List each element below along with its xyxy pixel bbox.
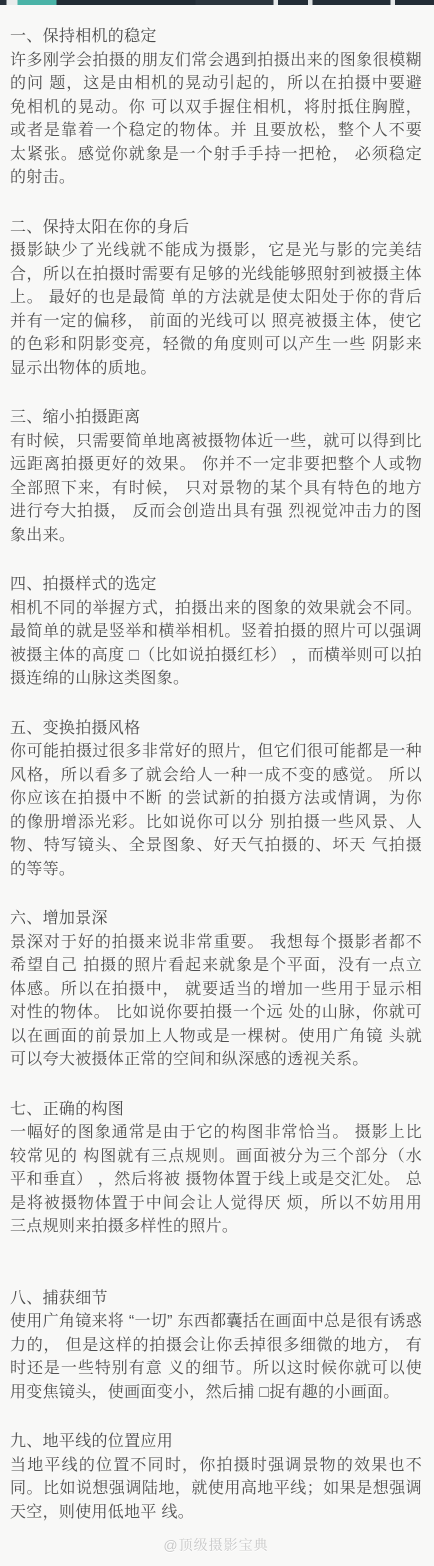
tip-section-body: 一幅好的图象通常是由于它的构图非常恰当。 摄影上比较常见的 构图就有三点规则。画… xyxy=(10,1121,422,1239)
tip-section-title: 九、地平线的位置应用 xyxy=(10,1430,422,1454)
article-content: 一、保持相机的稳定 许多刚学会拍摄的朋友们常会遇到拍摄出来的图象很模糊的问 题，… xyxy=(0,5,434,1566)
tip-section-title: 二、保持太阳在你的身后 xyxy=(10,216,422,240)
tip-section-6: 六、增加景深 景深对于好的拍摄来说非常重要。 我想每个摄影者都不希望自己 拍摄的… xyxy=(10,907,422,1072)
tip-section-title: 七、正确的构图 xyxy=(10,1098,422,1122)
tip-section-1: 一、保持相机的稳定 许多刚学会拍摄的朋友们常会遇到拍摄出来的图象很模糊的问 题，… xyxy=(10,25,422,190)
tip-section-3: 三、缩小拍摄距离 有时候，只需要简单地离被摄物体近一些，就可以得到比远距离拍摄更… xyxy=(10,406,422,547)
tip-section-4: 四、拍摄样式的选定 相机不同的举握方式，拍摄出来的图象的效果就会不同。最简单的就… xyxy=(10,573,422,691)
tip-section-5: 五、变换拍摄风格 你可能拍摄过很多非常好的照片，但它们很可能都是一种风格，所以看… xyxy=(10,717,422,882)
tip-section-2: 二、保持太阳在你的身后 摄影缺少了光线就不能成为摄影，它是光与影的完美结合，所以… xyxy=(10,216,422,381)
tip-section-title: 八、捕获细节 xyxy=(10,1287,422,1311)
tip-section-9: 九、地平线的位置应用 当地平线的位置不同时，你拍摄时强调景物的效果也不同。比如说… xyxy=(10,1430,422,1524)
tip-section-body: 景深对于好的拍摄来说非常重要。 我想每个摄影者都不希望自己 拍摄的照片看起来就象… xyxy=(10,931,422,1072)
tip-section-body: 相机不同的举握方式，拍摄出来的图象的效果就会不同。最简单的就是竖举和横举相机。竖… xyxy=(10,597,422,691)
watermark: @顶级摄影宝典 xyxy=(163,1537,268,1553)
tip-section-body: 使用广角镜来将 “一切” 东西都囊括在画面中总是很有诱惑力的， 但是这样的拍摄会… xyxy=(10,1310,422,1404)
tip-section-7: 七、正确的构图 一幅好的图象通常是由于它的构图非常恰当。 摄影上比较常见的 构图… xyxy=(10,1098,422,1239)
tip-section-body: 摄影缺少了光线就不能成为摄影，它是光与影的完美结合，所以在拍摄时需要有足够的光线… xyxy=(10,239,422,380)
tip-section-8: 八、捕获细节 使用广角镜来将 “一切” 东西都囊括在画面中总是很有诱惑力的， 但… xyxy=(10,1287,422,1405)
tip-section-title: 一、保持相机的稳定 xyxy=(10,25,422,49)
tip-section-body: 你可能拍摄过很多非常好的照片，但它们很可能都是一种风格，所以看多了就会给人一种一… xyxy=(10,740,422,881)
tip-section-body: 有时候，只需要简单地离被摄物体近一些，就可以得到比远距离拍摄更好的效果。 你并不… xyxy=(10,430,422,548)
tip-section-title: 五、变换拍摄风格 xyxy=(10,717,422,741)
tip-section-title: 六、增加景深 xyxy=(10,907,422,931)
tip-section-title: 三、缩小拍摄距离 xyxy=(10,406,422,430)
tip-section-body: 当地平线的位置不同时，你拍摄时强调景物的效果也不同。比如说想强调陆地，就使用高地… xyxy=(10,1454,422,1525)
tip-section-body: 许多刚学会拍摄的朋友们常会遇到拍摄出来的图象很模糊的问 题，这是由相机的晃动引起… xyxy=(10,49,422,190)
tip-section-title: 四、拍摄样式的选定 xyxy=(10,573,422,597)
watermark-row: @顶级摄影宝典 xyxy=(10,1534,422,1566)
